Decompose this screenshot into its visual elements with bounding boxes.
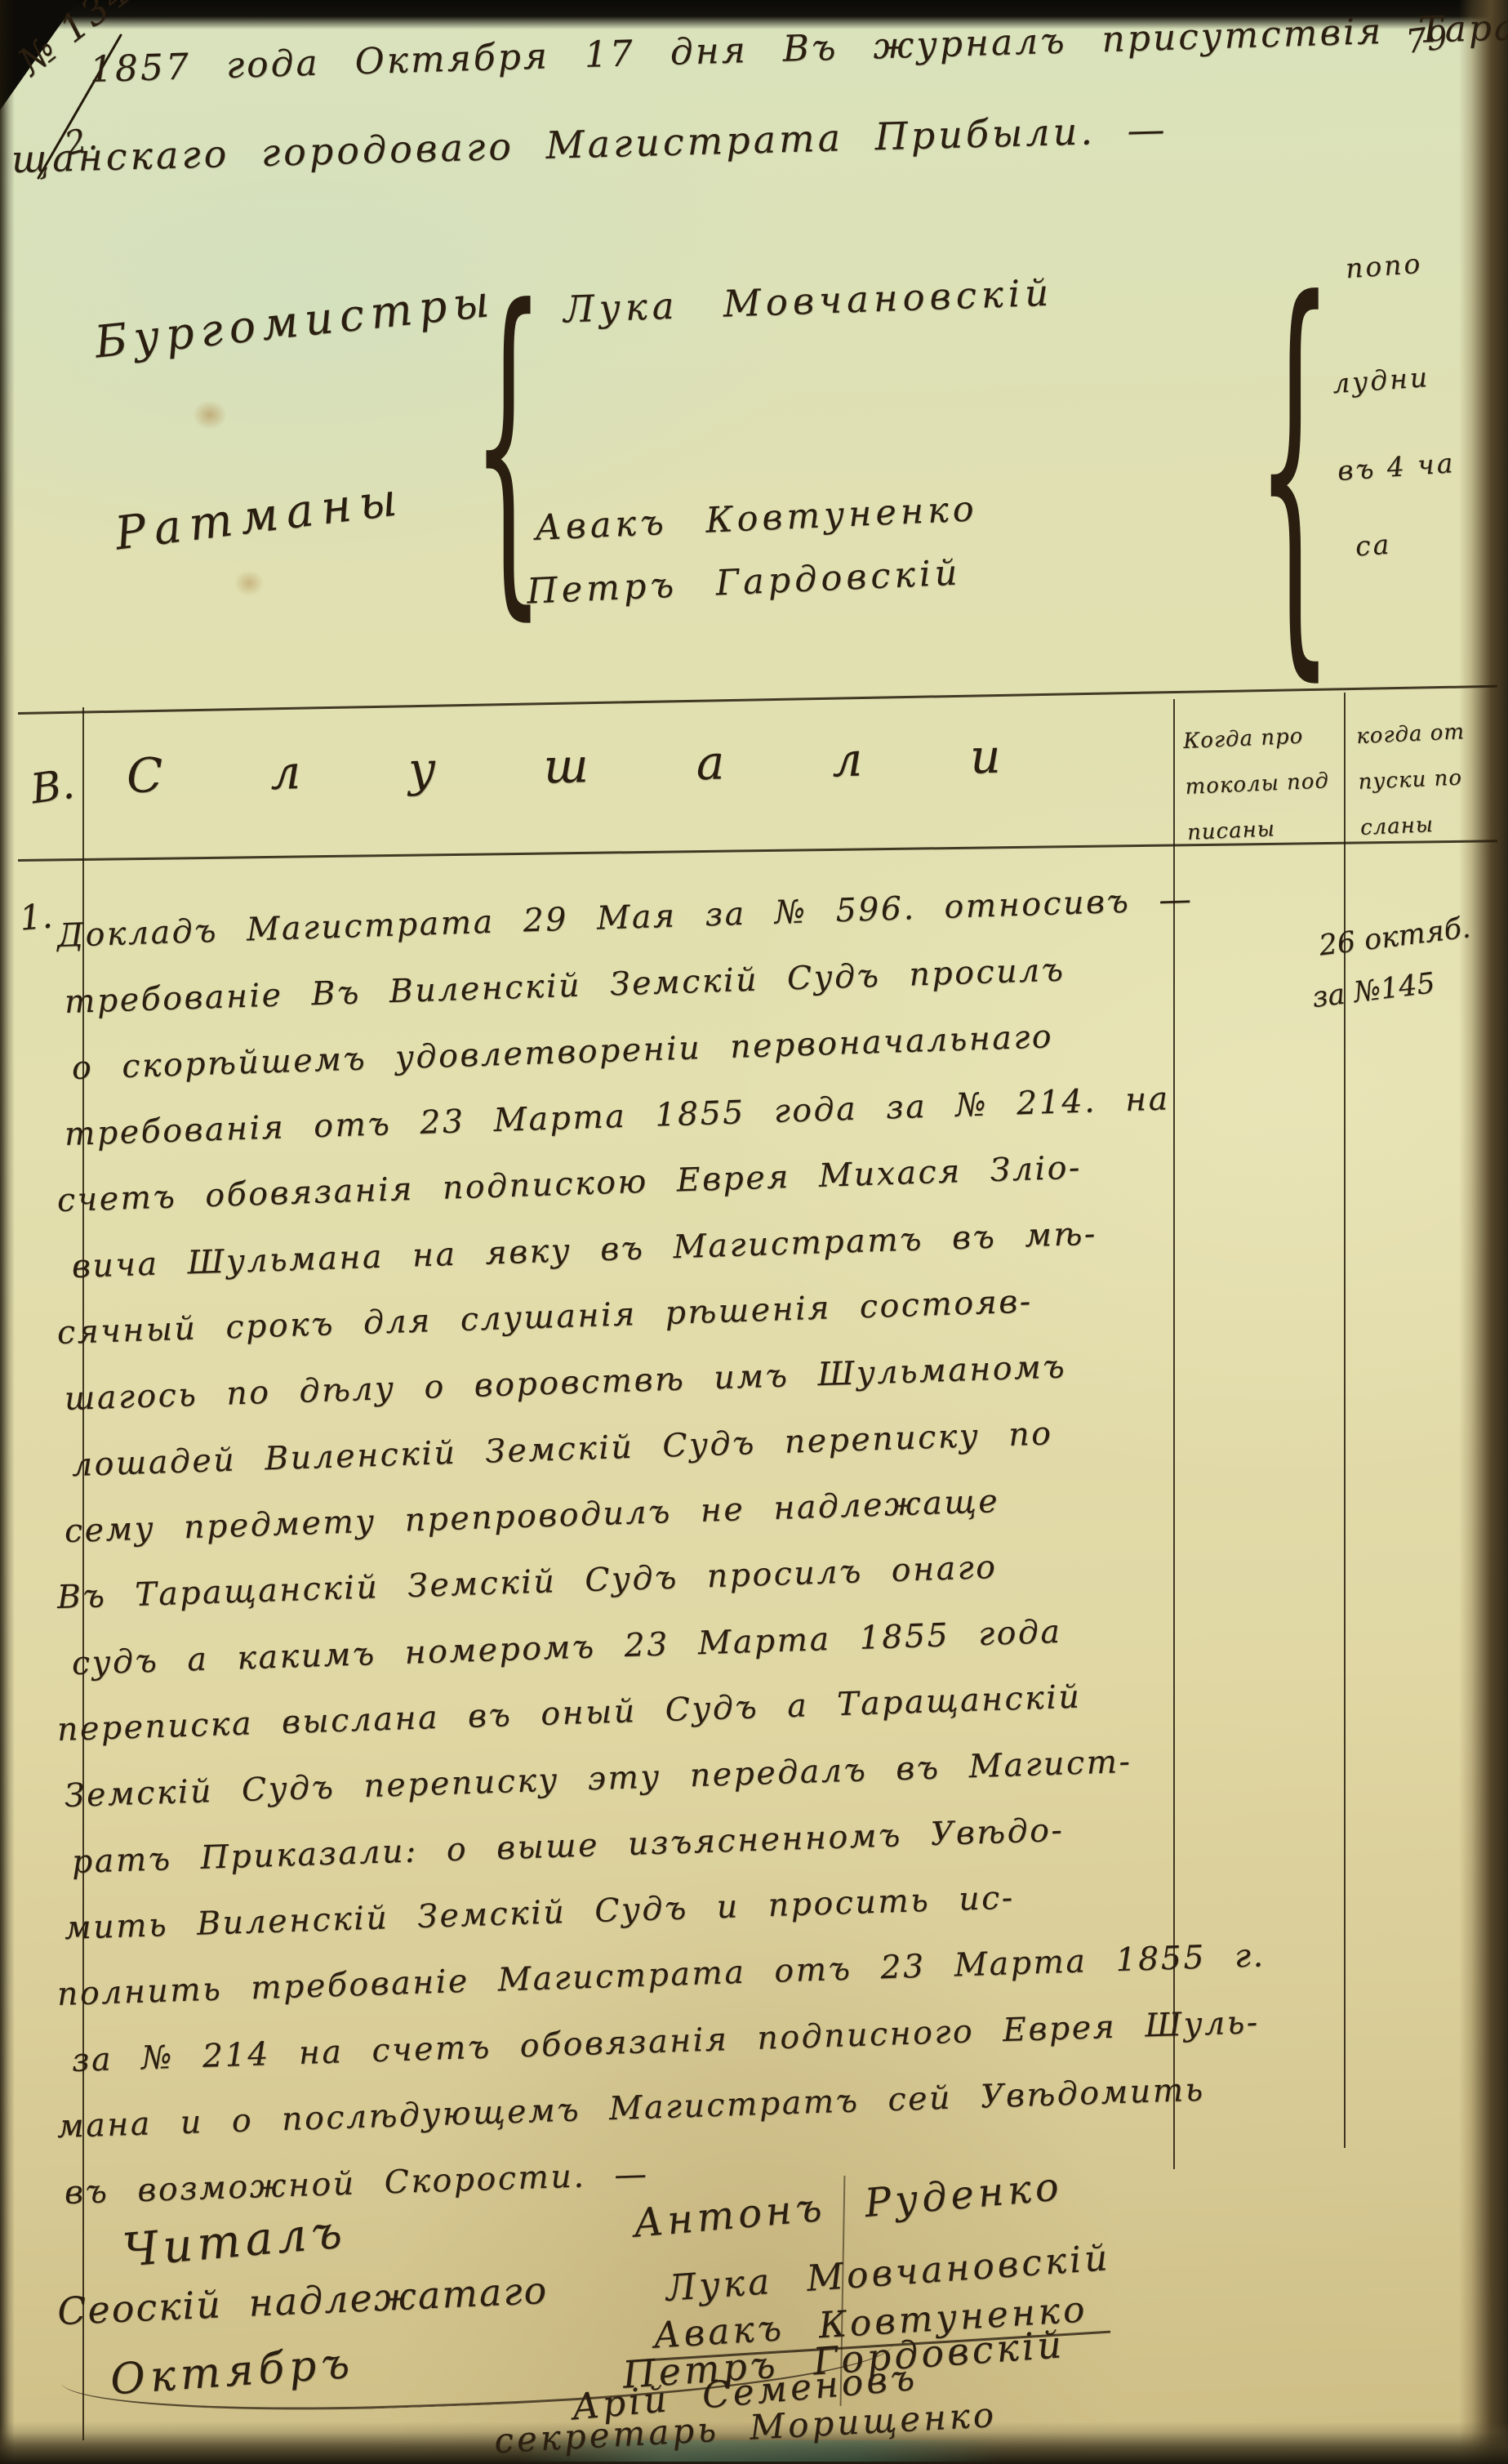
session-time-note: лудни: [1332, 361, 1430, 399]
officials-title-ratmans: Ратманы: [112, 473, 407, 561]
column-header-when-sent: когда от пуски по сланы: [1355, 707, 1508, 851]
session-time-note: въ 4 ча: [1337, 447, 1457, 487]
column-header-line: пуски по: [1357, 753, 1508, 805]
official-name-1: Лука Мовчановскій: [563, 271, 1054, 332]
scan-edge-left: [0, 0, 15, 2464]
manuscript-page: 79 № 1346 2. 1857 года Октября 17 дня Въ…: [0, 0, 1508, 2464]
column-header-line: сланы: [1359, 799, 1508, 851]
column-header-line: писаны: [1186, 804, 1343, 856]
brace-right: {: [1256, 219, 1333, 716]
column-header-line: Когда про: [1182, 712, 1339, 764]
column-header-heard: Слушали: [126, 726, 1109, 804]
session-time-note: попо: [1345, 247, 1424, 284]
column-header-when-signed: Когда про токолы под писаны: [1182, 712, 1343, 856]
paper-stain: [234, 570, 264, 596]
margin-mark: В.: [28, 760, 77, 813]
official-name-3: Петръ Гардовскій: [526, 552, 962, 612]
table-rule-col3: [1344, 693, 1346, 2148]
column-header-line: когда от: [1355, 707, 1508, 760]
session-time-note: са: [1355, 528, 1393, 563]
read-note-line: Сеоскій надлежатаго: [56, 2268, 549, 2333]
entry-body: Докладъ Магистрата 29 Мая за № 596. отно…: [57, 903, 1200, 2226]
margin-note-date: 26 октяб. за №145: [1316, 902, 1479, 1022]
official-name-2: Авакъ Ковтуненко: [534, 488, 978, 549]
entry-number: 1.: [18, 895, 54, 938]
heading-line-2: щанскаго городоваго Магистрата Прибыли. …: [11, 107, 1168, 181]
scan-edge-right: [1459, 0, 1508, 2464]
column-header-line: токолы под: [1184, 758, 1341, 810]
officials-title-burgomasters: Бургомистры: [92, 274, 498, 368]
paper-stain: [193, 400, 227, 430]
